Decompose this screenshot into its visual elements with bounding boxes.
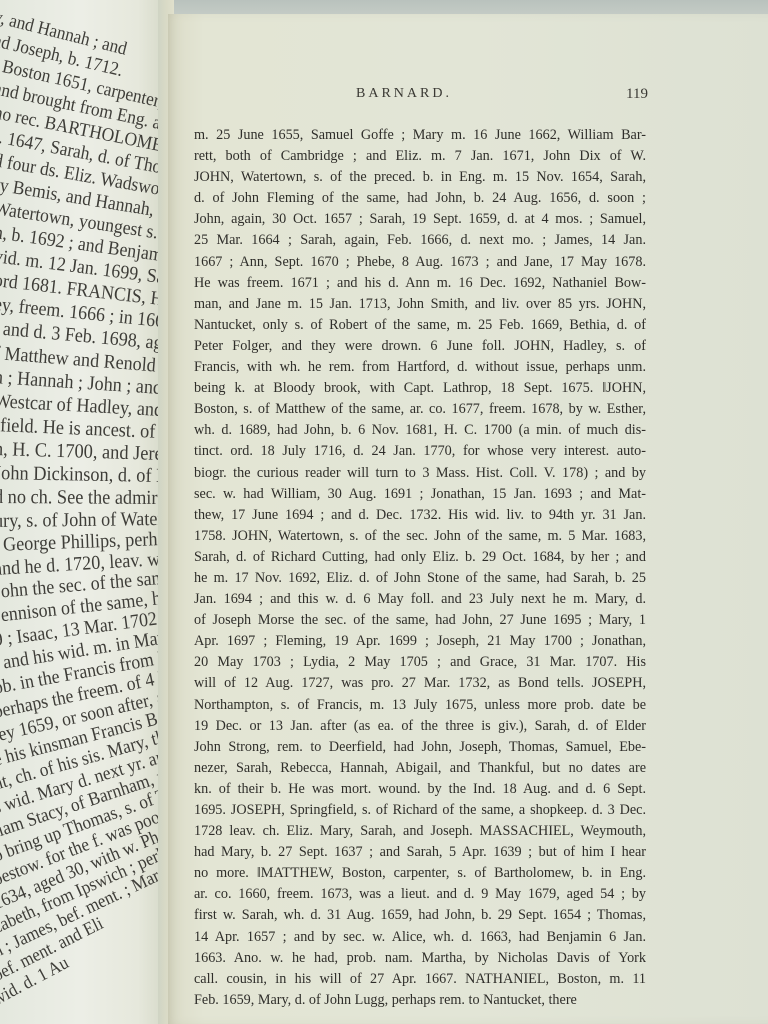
text-line: biogr. the curious reader will turn to 3… [194,463,646,484]
text-line: Jan. 1694 ; and this w. d. 6 May foll. a… [194,589,646,610]
text-line: Francis, with wh. he rem. from Hartford,… [194,357,646,378]
text-line: 19 Dec. or 13 Jan. after (as ea. of the … [194,716,646,737]
text-line: 1663. Ano. w. he had, prob. nam. Martha,… [194,948,646,969]
text-line: tinct. ord. 18 July 1716, d. 24 Jan. 177… [194,441,646,462]
text-line: man, and Jane m. 15 Jan. 1713, John Smit… [194,294,646,315]
text-line: 20 May 1703 ; Lydia, 2 May 1705 ; and Gr… [194,652,646,673]
text-line: d no ch. See the admirab. F [0,486,162,510]
text-line: had Mary, b. 27 Sept. 1637 ; and Sarah, … [194,842,646,863]
text-line: Sarah, d. of Richard Cutting, had only E… [194,547,646,568]
text-line: ar. co. 1660, freem. 1673, was a lieut. … [194,884,646,905]
text-line: Apr. 1697 ; Fleming, 19 Apr. 1699 ; Jose… [194,631,646,652]
text-line: rett, both of Cambridge ; and Eliz. m. 7… [194,146,646,167]
left-facing-page: y, and Hannah ; andad Joseph, b. 1712., … [0,0,162,1024]
text-line: being k. at Bloody brook, with Capt. Lat… [194,378,646,399]
page-number: 119 [626,86,648,103]
text-line: Feb. 1659, Mary, d. of John Lugg, perhap… [194,990,646,1011]
text-line: Boston, s. of Matthew of the same, ar. c… [194,399,646,420]
text-line: 14 Apr. 1657 ; and by sec. w. Alice, wh.… [194,927,646,948]
text-line: 1728 leav. ch. Eliz. Mary, Sarah, and Jo… [194,821,646,842]
text-line: He was freem. 1671 ; and his d. Ann m. 1… [194,273,646,294]
text-line: of Joseph Morse the sec. of the same, ha… [194,610,646,631]
text-line: call. cousin, in his will of 27 Apr. 166… [194,969,646,990]
text-line: John, again, 30 Oct. 1657 ; Sarah, 19 Se… [194,209,646,230]
text-line: d. of John Fleming of the same, had John… [194,188,646,209]
text-line: 1695. JOSEPH, Springfield, s. of Richard… [194,800,646,821]
text-line: kn. of their b. He was mort. wound. by t… [194,779,646,800]
text-line: John Strong, rem. to Deerfield, had John… [194,737,646,758]
text-line: first w. Sarah, wh. d. 31 Aug. 1659, had… [194,905,646,926]
text-line: will of 12 Aug. 1727, was pro. 27 Mar. 1… [194,673,646,694]
text-line: nezer, Sarah, Rebecca, Hannah, Abigail, … [194,758,646,779]
text-line: 25 Mar. 1664 ; Sarah, again, Feb. 1666, … [194,230,646,251]
text-line: m. 25 June 1655, Samuel Goffe ; Mary m. … [194,125,646,146]
text-line: no more. ‖MATTHEW, Boston, carpenter, s.… [194,863,646,884]
page-body-text: m. 25 June 1655, Samuel Goffe ; Mary m. … [194,125,646,1011]
running-head: BARNARD. [356,86,452,102]
page-header: BARNARD. 119 [196,86,648,110]
text-line: Northampton, s. of Francis, m. 13 July 1… [194,695,646,716]
text-line: he m. 17 Nov. 1692, Eliz. d. of John Sto… [194,568,646,589]
text-line: 1667 ; Ann, Sept. 1670 ; Phebe, 8 Aug. 1… [194,252,646,273]
text-line: JOHN, Watertown, s. of the preced. b. in… [194,167,646,188]
text-line: Nantucket, only s. of Robert of the same… [194,315,646,336]
text-line: John Dickinson, d. of Nathan [0,462,162,489]
text-line: wh. d. 1689, had John, b. 6 Nov. 1681, H… [194,420,646,441]
text-line: sec. w. had William, 30 Aug. 1691 ; Jona… [194,484,646,505]
text-line: thew, 17 June 1694 ; and d. Dec. 1732. H… [194,505,646,526]
text-line: 1758. JOHN, Watertown, s. of the sec. Jo… [194,526,646,547]
text-line: Peter Folger, and they were drown. 6 Jun… [194,336,646,357]
